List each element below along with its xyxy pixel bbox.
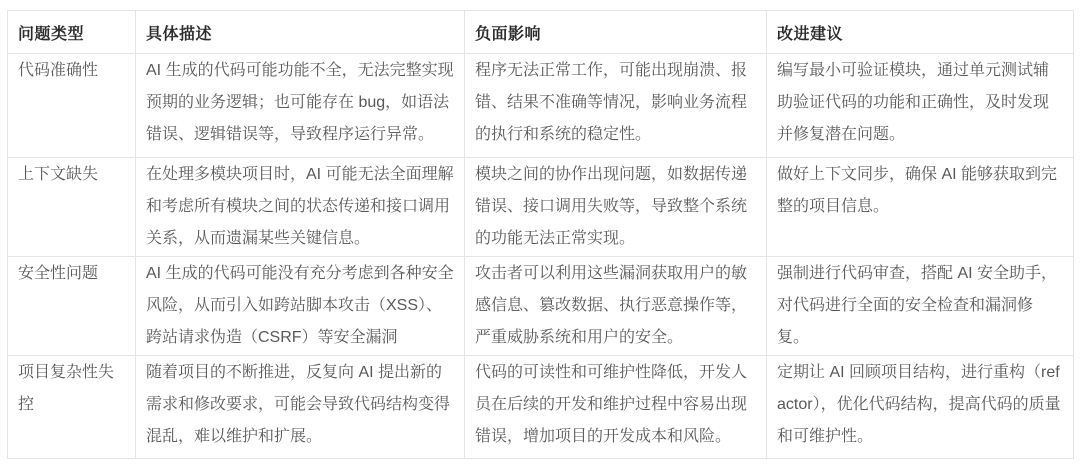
table-row: 代码准确性 AI 生成的代码可能功能不全，无法完整实现预期的业务逻辑；也可能存在… [8,54,1074,158]
problem-analysis-table-container: 问题类型 具体描述 负面影响 改进建议 代码准确性 AI 生成的代码可能功能不全… [7,10,1074,459]
cell-description: AI 生成的代码可能功能不全，无法完整实现预期的业务逻辑；也可能存在 bug，如… [136,54,465,158]
table-body: 代码准确性 AI 生成的代码可能功能不全，无法完整实现预期的业务逻辑；也可能存在… [8,54,1074,459]
cell-problem-type: 代码准确性 [8,54,136,158]
cell-problem-type: 上下文缺失 [8,158,136,257]
cell-impact: 代码的可读性和可维护性降低，开发人员在后续的开发和维护过程中容易出现错误，增加项… [465,356,767,459]
table-row: 安全性问题 AI 生成的代码可能没有充分考虑到各种安全风险，从而引入如跨站脚本攻… [8,257,1074,356]
cell-problem-type: 项目复杂性失控 [8,356,136,459]
cell-suggestion: 强制进行代码审查，搭配 AI 安全助手，对代码进行全面的安全检查和漏洞修复。 [767,257,1074,356]
cell-impact: 攻击者可以利用这些漏洞获取用户的敏感信息、篡改数据、执行恶意操作等，严重威胁系统… [465,257,767,356]
table-row: 上下文缺失 在处理多模块项目时，AI 可能无法全面理解和考虑所有模块之间的状态传… [8,158,1074,257]
cell-problem-type: 安全性问题 [8,257,136,356]
problem-analysis-table: 问题类型 具体描述 负面影响 改进建议 代码准确性 AI 生成的代码可能功能不全… [7,10,1074,459]
cell-impact: 程序无法正常工作，可能出现崩溃、报错、结果不准确等情况，影响业务流程的执行和系统… [465,54,767,158]
table-row: 项目复杂性失控 随着项目的不断推进，反复向 AI 提出新的需求和修改要求，可能会… [8,356,1074,459]
table-header-row: 问题类型 具体描述 负面影响 改进建议 [8,11,1074,54]
table-header: 问题类型 具体描述 负面影响 改进建议 [8,11,1074,54]
column-header-description: 具体描述 [136,11,465,54]
cell-impact: 模块之间的协作出现问题，如数据传递错误、接口调用失败等，导致整个系统的功能无法正… [465,158,767,257]
cell-suggestion: 做好上下文同步，确保 AI 能够获取到完整的项目信息。 [767,158,1074,257]
cell-suggestion: 定期让 AI 回顾项目结构，进行重构（refactor），优化代码结构，提高代码… [767,356,1074,459]
cell-suggestion: 编写最小可验证模块，通过单元测试辅助验证代码的功能和正确性，及时发现并修复潜在问… [767,54,1074,158]
cell-description: 随着项目的不断推进，反复向 AI 提出新的需求和修改要求，可能会导致代码结构变得… [136,356,465,459]
column-header-problem-type: 问题类型 [8,11,136,54]
column-header-suggestion: 改进建议 [767,11,1074,54]
cell-description: AI 生成的代码可能没有充分考虑到各种安全风险，从而引入如跨站脚本攻击（XSS）… [136,257,465,356]
column-header-impact: 负面影响 [465,11,767,54]
cell-description: 在处理多模块项目时，AI 可能无法全面理解和考虑所有模块之间的状态传递和接口调用… [136,158,465,257]
